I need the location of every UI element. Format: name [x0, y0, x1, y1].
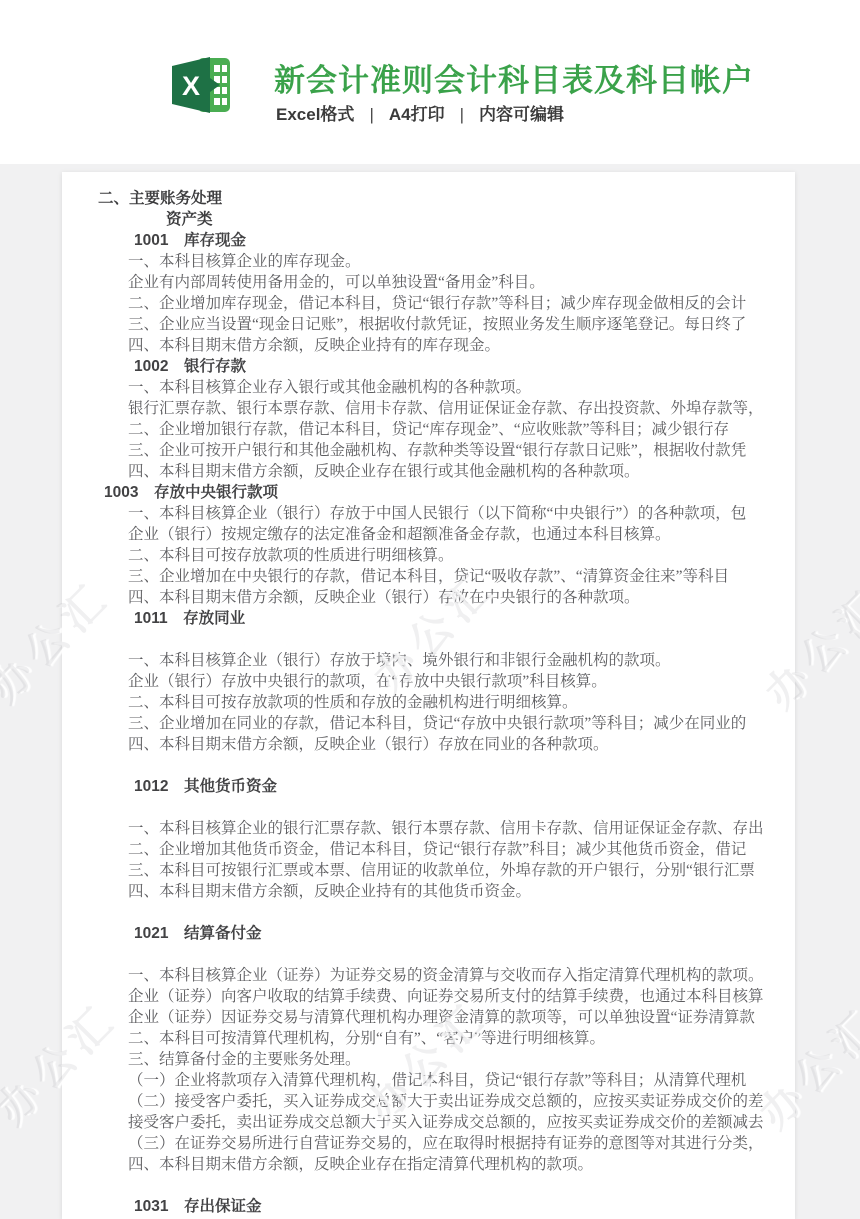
excel-icon: X: [170, 52, 234, 118]
doc-line: 四、本科目期末借方余额，反映企业存在银行或其他金融机构的各种款项。: [62, 461, 795, 482]
page-title: 新会计准则会计科目表及科目帐户: [274, 55, 754, 100]
doc-line: 四、本科目期末借方余额，反映企业持有的其他货币资金。: [62, 881, 795, 902]
doc-line: 企业（证券）因证券交易与清算代理机构办理资金清算的款项等，可以单独设置“证券清算…: [62, 1007, 795, 1028]
doc-line: 二、企业增加库存现金，借记本科目，贷记“银行存款”等科目；减少库存现金做相反的会…: [62, 293, 795, 314]
subtitle-print-badge: A4打印: [389, 105, 445, 124]
doc-line: 企业（银行）按规定缴存的法定准备金和超额准备金存款，也通过本科目核算。: [62, 524, 795, 545]
doc-lines: 二、主要账务处理资产类1001 库存现金一、本科目核算企业的库存现金。企业有内部…: [62, 188, 795, 1217]
doc-line: 一、本科目核算企业的银行汇票存款、银行本票存款、信用卡存款、信用证保证金存款、存…: [62, 818, 795, 839]
doc-line: 四、本科目期末借方余额，反映企业（银行）存放在中央银行的各种款项。: [62, 587, 795, 608]
doc-blank-line: [62, 902, 795, 923]
doc-blank-line: [62, 755, 795, 776]
site-header: X 新会计准则会计科目表及科目帐户 Excel格式|A4打印|内容可编辑: [0, 0, 860, 164]
doc-line: 1001 库存现金: [62, 230, 795, 251]
doc-line: 1021 结算备付金: [62, 923, 795, 944]
doc-line: 三、企业应当设置“现金日记账”，根据收付款凭证，按照业务发生顺序逐笔登记。每日终…: [62, 314, 795, 335]
doc-line: 三、企业增加在同业的存款，借记本科目，贷记“存放中央银行款项”等科目；减少在同业…: [62, 713, 795, 734]
doc-line: 二、主要账务处理: [62, 188, 795, 209]
doc-line: （一）企业将款项存入清算代理机构，借记本科目，贷记“银行存款”等科目；从清算代理…: [62, 1070, 795, 1091]
doc-line: 四、本科目期末借方余额，反映企业持有的库存现金。: [62, 335, 795, 356]
doc-blank-line: [62, 1175, 795, 1196]
doc-line: 一、本科目核算企业（银行）存放于中国人民银行（以下简称“中央银行”）的各种款项，…: [62, 503, 795, 524]
svg-text:X: X: [182, 71, 200, 101]
subtitle-separator: |: [460, 105, 464, 124]
doc-line: 二、企业增加银行存款，借记本科目，贷记“库存现金”、“应收账款”等科目；减少银行…: [62, 419, 795, 440]
doc-line: 企业（证券）向客户收取的结算手续费、向证券交易所支付的结算手续费，也通过本科目核…: [62, 986, 795, 1007]
doc-line: 四、本科目期末借方余额，反映企业（银行）存放在同业的各种款项。: [62, 734, 795, 755]
doc-line: （二）接受客户委托，买入证券成交总额大于卖出证券成交总额的，应按买卖证券成交价的…: [62, 1091, 795, 1112]
doc-line: 1003 存放中央银行款项: [62, 482, 795, 503]
doc-line: 四、本科目期末借方余额，反映企业存在指定清算代理机构的款项。: [62, 1154, 795, 1175]
doc-line: 三、本科目可按银行汇票或本票、信用证的收款单位，外埠存款的开户银行，分别“银行汇…: [62, 860, 795, 881]
subtitle-separator: |: [369, 105, 373, 124]
doc-line: 二、本科目可按存放款项的性质进行明细核算。: [62, 545, 795, 566]
document-page: 二、主要账务处理资产类1001 库存现金一、本科目核算企业的库存现金。企业有内部…: [62, 172, 795, 1219]
doc-blank-line: [62, 797, 795, 818]
doc-line: 1011 存放同业: [62, 608, 795, 629]
doc-line: 1031 存出保证金: [62, 1196, 795, 1217]
doc-blank-line: [62, 944, 795, 965]
doc-line: 接受客户委托，卖出证券成交总额大于买入证券成交总额的，应按买卖证券成交价的差额减…: [62, 1112, 795, 1133]
doc-line: 三、结算备付金的主要账务处理。: [62, 1049, 795, 1070]
doc-line: 企业（银行）存放中央银行的款项，在“存放中央银行款项”科目核算。: [62, 671, 795, 692]
doc-line: 二、本科目可按存放款项的性质和存放的金融机构进行明细核算。: [62, 692, 795, 713]
doc-line: 二、本科目可按清算代理机构，分别“自有”、“客户”等进行明细核算。: [62, 1028, 795, 1049]
doc-line: 三、企业可按开户银行和其他金融机构、存款种类等设置“银行存款日记账”，根据收付款…: [62, 440, 795, 461]
doc-line: 一、本科目核算企业存入银行或其他金融机构的各种款项。: [62, 377, 795, 398]
doc-line: 1002 银行存款: [62, 356, 795, 377]
subtitle-editable-badge: 内容可编辑: [479, 105, 564, 124]
doc-line: 银行汇票存款、银行本票存款、信用卡存款、信用证保证金存款、存出投资款、外埠存款等…: [62, 398, 795, 419]
doc-line: 资产类: [62, 209, 795, 230]
doc-line: 三、企业增加在中央银行的存款，借记本科目，贷记“吸收存款”、“清算资金往来”等科…: [62, 566, 795, 587]
doc-line: 一、本科目核算企业的库存现金。: [62, 251, 795, 272]
doc-line: 一、本科目核算企业（证券）为证券交易的资金清算与交收而存入指定清算代理机构的款项…: [62, 965, 795, 986]
doc-blank-line: [62, 629, 795, 650]
doc-line: 1012 其他货币资金: [62, 776, 795, 797]
doc-line: 一、本科目核算企业（银行）存放于境内、境外银行和非银行金融机构的款项。: [62, 650, 795, 671]
subtitle: Excel格式|A4打印|内容可编辑: [276, 100, 564, 125]
doc-line: （三）在证券交易所进行自营证券交易的，应在取得时根据持有证券的意图等对其进行分类…: [62, 1133, 795, 1154]
subtitle-format-badge: Excel格式: [276, 105, 354, 124]
doc-line: 企业有内部周转使用备用金的，可以单独设置“备用金”科目。: [62, 272, 795, 293]
doc-line: 二、企业增加其他货币资金，借记本科目，贷记“银行存款”科目；减少其他货币资金，借…: [62, 839, 795, 860]
